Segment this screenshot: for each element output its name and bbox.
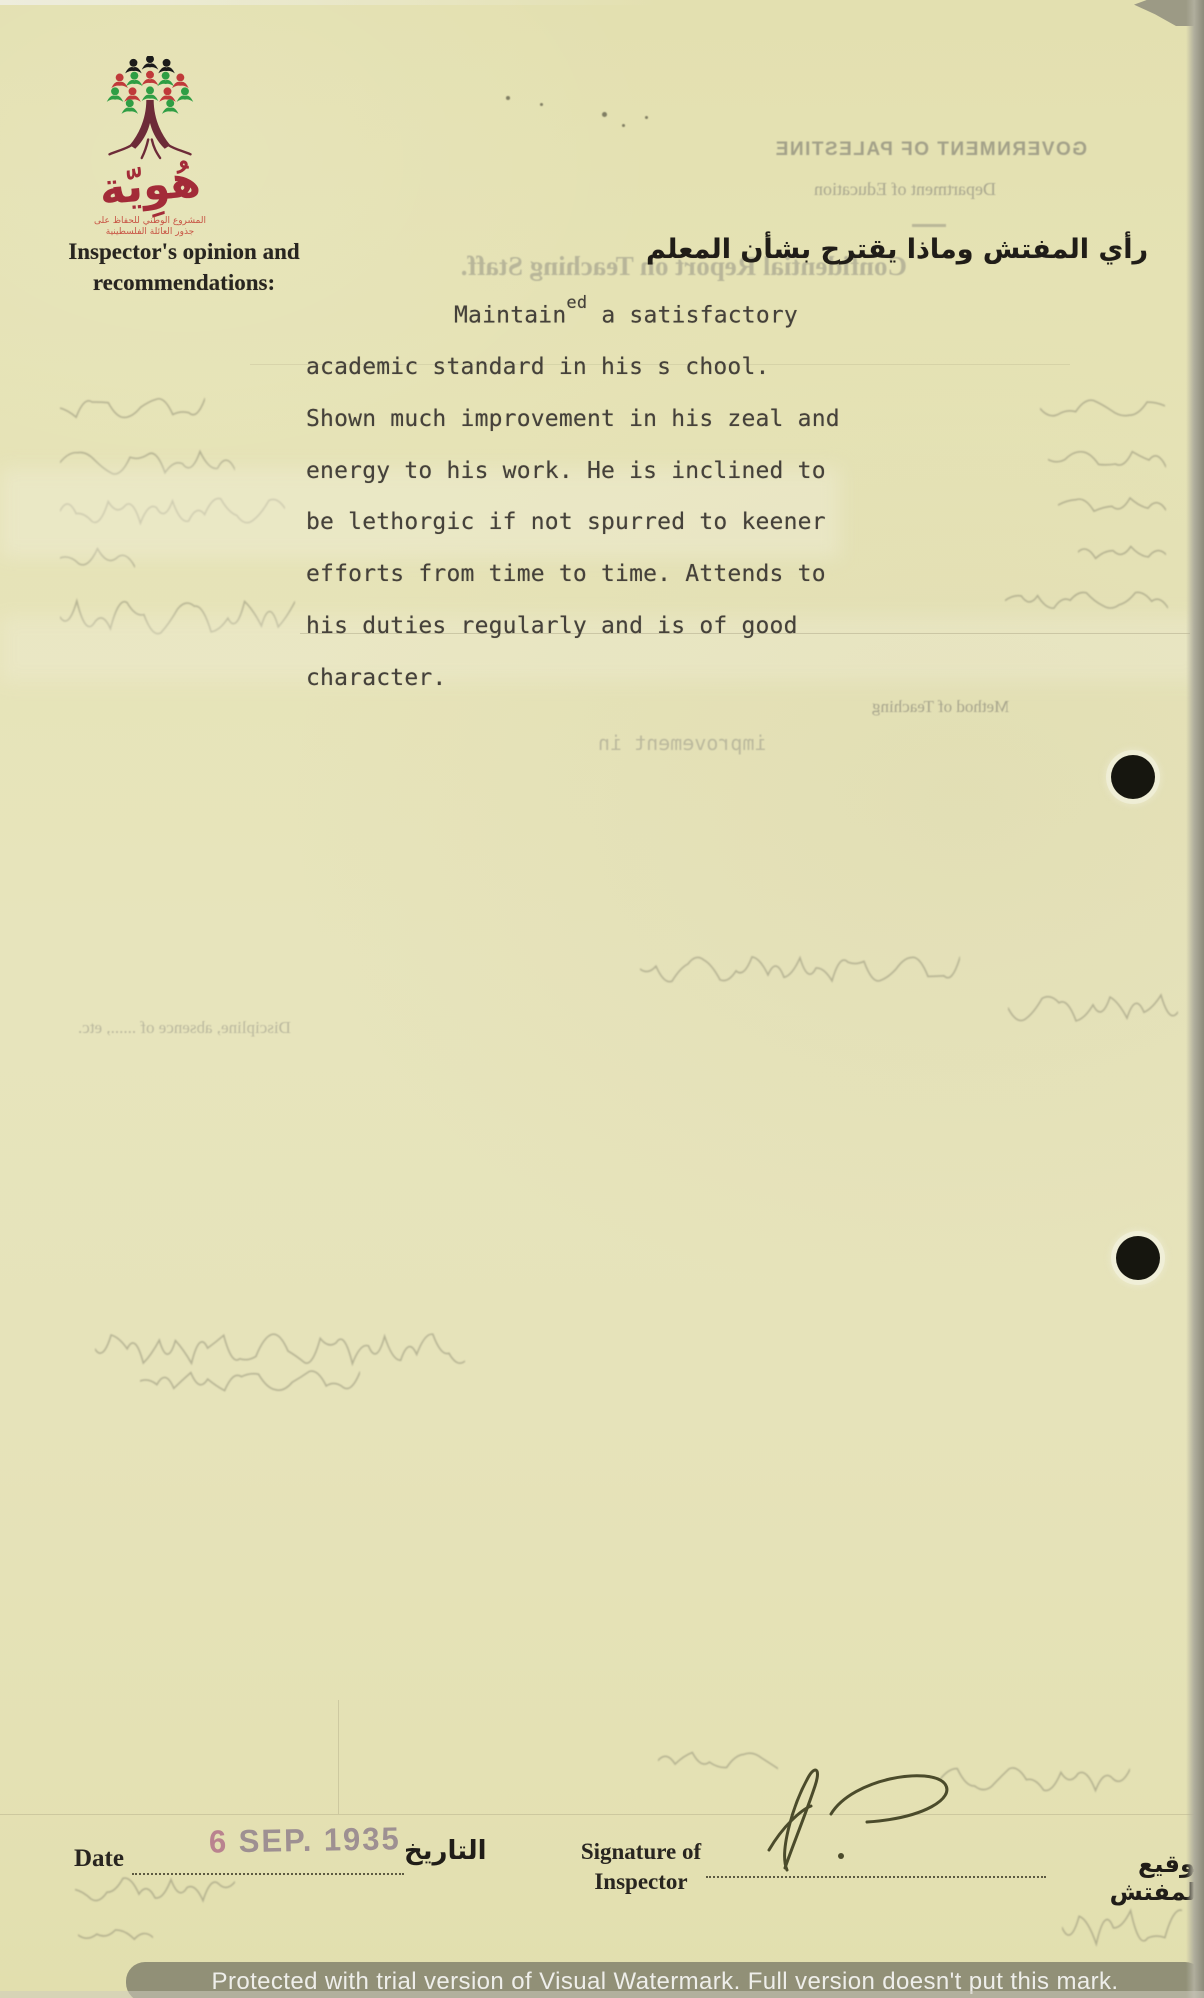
- ink-speck: [506, 96, 510, 100]
- bleedthrough-handwriting-mark: [1040, 396, 1165, 421]
- inspector-opinion-label-line1: Inspector's opinion and: [58, 236, 310, 267]
- signature-label-line1: Signature of: [574, 1837, 708, 1867]
- ink-speck: [622, 124, 625, 127]
- typed-report-text: Maintained a satisfactory academic stand…: [306, 284, 926, 704]
- bleedthrough-department-line: Department of Education: [783, 179, 1027, 200]
- bleedthrough-typed-fragment: improvement in: [598, 731, 767, 755]
- typed-line: academic standard in his s chool.: [306, 342, 926, 394]
- signature-label-line2: Inspector: [574, 1867, 708, 1897]
- superscript-ed: ed: [566, 293, 587, 313]
- logo-tagline-line1: المشروع الوطني للحفاظ على: [88, 216, 212, 227]
- inspector-signature: [735, 1752, 985, 1877]
- bleedthrough-discipline-label: Discipline, absence of ......, etc.: [78, 1018, 291, 1038]
- date-label-arabic: التاريخ: [404, 1836, 487, 1866]
- hole-punch: [1116, 1236, 1160, 1280]
- scanned-document-page: GOVERNMENT OF PALESTINE Department of Ed…: [0, 0, 1204, 1998]
- inspector-opinion-label: Inspector's opinion and recommendations:: [58, 236, 310, 298]
- typed-line: energy to his work. He is inclined to: [306, 446, 926, 498]
- scan-edge-bottom: [0, 1991, 1204, 1998]
- typed-line: efforts from time to time. Attends to: [306, 549, 926, 601]
- typed-line: be lethorgic if not spurred to keener: [306, 497, 926, 549]
- date-stamp: 6 SEP. 1935: [209, 1820, 401, 1860]
- bleedthrough-handwriting-mark: [640, 950, 960, 988]
- ink-speck: [645, 116, 648, 119]
- bleedthrough-handwriting-mark: [1008, 988, 1178, 1028]
- bleedthrough-handwriting-mark: [1005, 588, 1168, 613]
- scan-edge-right: [1186, 0, 1204, 1998]
- bleedthrough-handwriting-mark: [1048, 447, 1166, 472]
- date-label: Date: [74, 1845, 124, 1873]
- bleedthrough-government-header: GOVERNMENT OF PALESTINE: [775, 139, 1087, 161]
- bleedthrough-divider: [912, 224, 946, 227]
- ink-speck: [602, 112, 607, 117]
- bleedthrough-handwriting-mark: [140, 1366, 360, 1396]
- ink-speck: [540, 103, 543, 106]
- bleedthrough-handwriting-mark: [1078, 542, 1166, 562]
- logo-wordmark: هُوِيّة: [96, 160, 203, 213]
- inspector-opinion-label-arabic: رأي المفتش وماذا يقترح بشأن المعلم: [646, 234, 1148, 265]
- typed-line: Shown much improvement in his zeal and: [306, 394, 926, 446]
- tree-people-icon: [104, 56, 196, 168]
- typed-line: character.: [306, 653, 926, 705]
- hole-punch: [1111, 755, 1155, 799]
- crease-line: [338, 1700, 339, 1814]
- typed-line: his duties regularly and is of good: [306, 601, 926, 653]
- crease-line: [0, 1814, 1204, 1815]
- typed-line: Maintained a satisfactory: [306, 284, 926, 342]
- scan-edge-top: [0, 0, 662, 5]
- bleedthrough-handwriting-mark: [1062, 1900, 1182, 1955]
- bleedthrough-handwriting-mark: [60, 393, 205, 423]
- signature-label-arabic: توقيع المفتش: [1048, 1850, 1204, 1906]
- bleedthrough-handwriting-mark: [1058, 494, 1166, 516]
- inspector-opinion-label-line2: recommendations:: [58, 267, 310, 298]
- bleedthrough-handwriting-mark: [75, 1872, 235, 1907]
- signature-of-inspector-label: Signature of Inspector: [574, 1837, 708, 1897]
- bleedthrough-handwriting-mark: [78, 1926, 153, 1944]
